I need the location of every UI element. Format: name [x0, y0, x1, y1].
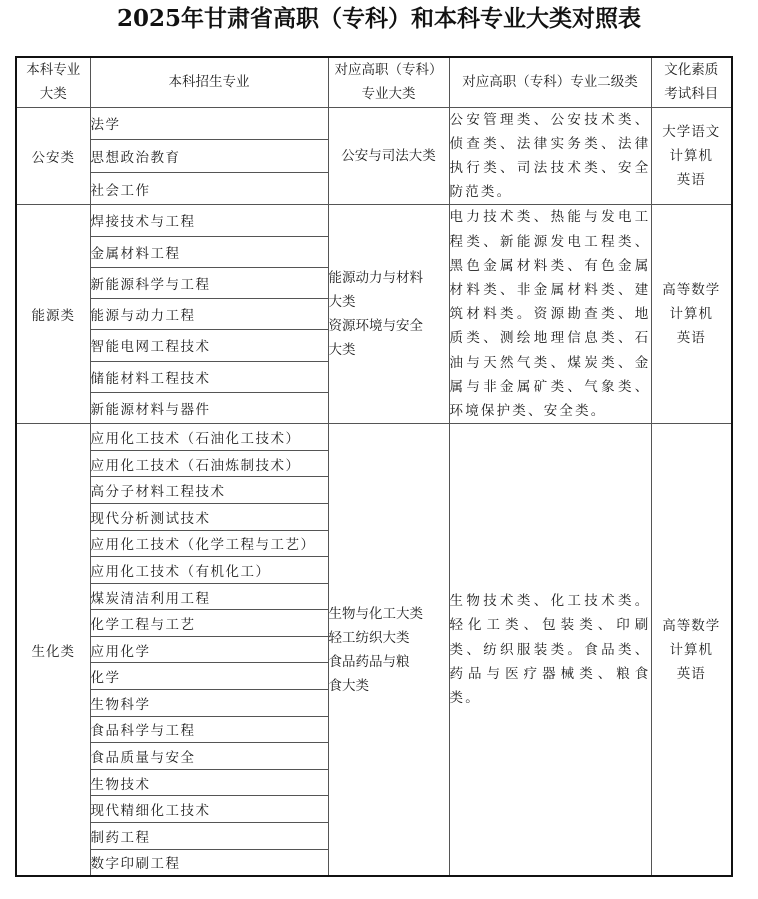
group-energy-exam-subjects: 高等数学计算机英语 [651, 205, 732, 424]
undergrad-major-cell: 应用化工技术（石油炼制技术） [90, 450, 328, 477]
undergrad-major-cell: 金属材料工程 [90, 236, 328, 267]
exam-subject: 高等数学 [652, 278, 732, 302]
header-text: 对应高职（专科）专业二级类 [450, 70, 651, 94]
group-public-security-category: 公安类 [16, 107, 90, 205]
undergrad-major-cell: 食品科学与工程 [90, 716, 328, 743]
group-biochem-vocational-subclasses: 生物技术类、化工技术类。轻化工类、包装类、印刷类、纺织服装类。食品类、药品与医疗… [449, 424, 651, 877]
header-undergrad-majors: 本科招生专业 [90, 57, 328, 107]
undergrad-major-cell: 生物科学 [90, 690, 328, 717]
undergrad-major-cell: 焊接技术与工程 [90, 205, 328, 236]
vocational-major-class-line: 公安与司法大类 [329, 144, 449, 168]
major-mapping-table: 本科专业 大类 本科招生专业 对应高职（专科） 专业大类 对应高职（专科）专业二… [15, 56, 733, 877]
exam-subject: 英语 [652, 662, 732, 686]
group-biochem-exam-subjects: 高等数学计算机英语 [651, 424, 732, 877]
undergrad-major-cell: 食品质量与安全 [90, 743, 328, 770]
table-row: 生化类应用化工技术（石油化工技术）生物与化工大类轻工纺织大类食品药品与粮食大类生… [16, 424, 732, 451]
exam-subject: 英语 [652, 168, 732, 192]
exam-subject: 计算机 [652, 144, 732, 168]
vocational-major-class-line: 轻工纺织大类 [329, 626, 449, 650]
group-public-security-vocational-major-class: 公安与司法大类 [328, 107, 449, 205]
header-exam-subjects: 文化素质 考试科目 [651, 57, 732, 107]
vocational-major-class-line: 能源动力与材料 [329, 266, 449, 290]
group-energy-category: 能源类 [16, 205, 90, 424]
group-energy-vocational-major-class: 能源动力与材料大类资源环境与安全大类 [328, 205, 449, 424]
undergrad-major-cell: 生物技术 [90, 769, 328, 796]
group-public-security-exam-subjects: 大学语文计算机英语 [651, 107, 732, 205]
undergrad-major-cell: 现代精细化工技术 [90, 796, 328, 823]
undergrad-major-cell: 法学 [90, 107, 328, 140]
header-text: 文化素质 [652, 58, 732, 82]
vocational-major-class-line: 资源环境与安全 [329, 314, 449, 338]
undergrad-major-cell: 应用化学 [90, 636, 328, 663]
undergrad-major-cell: 化学 [90, 663, 328, 690]
undergrad-major-cell: 数字印刷工程 [90, 849, 328, 876]
group-public-security-vocational-subclasses: 公安管理类、公安技术类、侦查类、法律实务类、法律执行类、司法技术类、安全防范类。 [449, 107, 651, 205]
group-energy-vocational-subclasses: 电力技术类、热能与发电工程类、新能源发电工程类、黑色金属材料类、有色金属材料类、… [449, 205, 651, 424]
header-text: 大类 [17, 82, 90, 106]
undergrad-major-cell: 现代分析测试技术 [90, 503, 328, 530]
undergrad-major-cell: 应用化工技术（有机化工） [90, 557, 328, 584]
vocational-major-class-line: 大类 [329, 338, 449, 362]
undergrad-major-cell: 化学工程与工艺 [90, 610, 328, 637]
exam-subject: 英语 [652, 326, 732, 350]
undergrad-major-cell: 制药工程 [90, 823, 328, 850]
undergrad-major-cell: 储能材料工程技术 [90, 361, 328, 392]
header-text: 对应高职（专科） [329, 58, 449, 82]
undergrad-major-cell: 新能源科学与工程 [90, 267, 328, 298]
undergrad-major-cell: 思想政治教育 [90, 140, 328, 173]
table-row: 能源类焊接技术与工程能源动力与材料大类资源环境与安全大类电力技术类、热能与发电工… [16, 205, 732, 236]
undergrad-major-cell: 新能源材料与器件 [90, 392, 328, 423]
header-undergrad-category: 本科专业 大类 [16, 57, 90, 107]
exam-subject: 计算机 [652, 302, 732, 326]
table-row: 公安类法学公安与司法大类公安管理类、公安技术类、侦查类、法律实务类、法律执行类、… [16, 107, 732, 140]
group-biochem-category: 生化类 [16, 424, 90, 877]
header-text: 考试科目 [652, 82, 732, 106]
undergrad-major-cell: 煤炭清洁利用工程 [90, 583, 328, 610]
vocational-major-class-line: 食品药品与粮 [329, 650, 449, 674]
page-title: 2025年甘肃省高职（专科）和本科专业大类对照表 [0, 2, 758, 36]
header-text: 专业大类 [329, 82, 449, 106]
vocational-major-class-line: 大类 [329, 290, 449, 314]
group-biochem-vocational-major-class: 生物与化工大类轻工纺织大类食品药品与粮食大类 [328, 424, 449, 877]
undergrad-major-cell: 社会工作 [90, 172, 328, 205]
vocational-major-class-line: 食大类 [329, 674, 449, 698]
undergrad-major-cell: 智能电网工程技术 [90, 330, 328, 361]
header-text: 本科招生专业 [91, 70, 328, 94]
header-vocational-subclass: 对应高职（专科）专业二级类 [449, 57, 651, 107]
undergrad-major-cell: 应用化工技术（石油化工技术） [90, 424, 328, 451]
exam-subject: 大学语文 [652, 120, 732, 144]
undergrad-major-cell: 应用化工技术（化学工程与工艺） [90, 530, 328, 557]
vocational-major-class-line: 生物与化工大类 [329, 602, 449, 626]
table-header-row: 本科专业 大类 本科招生专业 对应高职（专科） 专业大类 对应高职（专科）专业二… [16, 57, 732, 107]
exam-subject: 高等数学 [652, 614, 732, 638]
exam-subject: 计算机 [652, 638, 732, 662]
header-text: 本科专业 [17, 58, 90, 82]
undergrad-major-cell: 高分子材料工程技术 [90, 477, 328, 504]
header-vocational-major-class: 对应高职（专科） 专业大类 [328, 57, 449, 107]
undergrad-major-cell: 能源与动力工程 [90, 299, 328, 330]
